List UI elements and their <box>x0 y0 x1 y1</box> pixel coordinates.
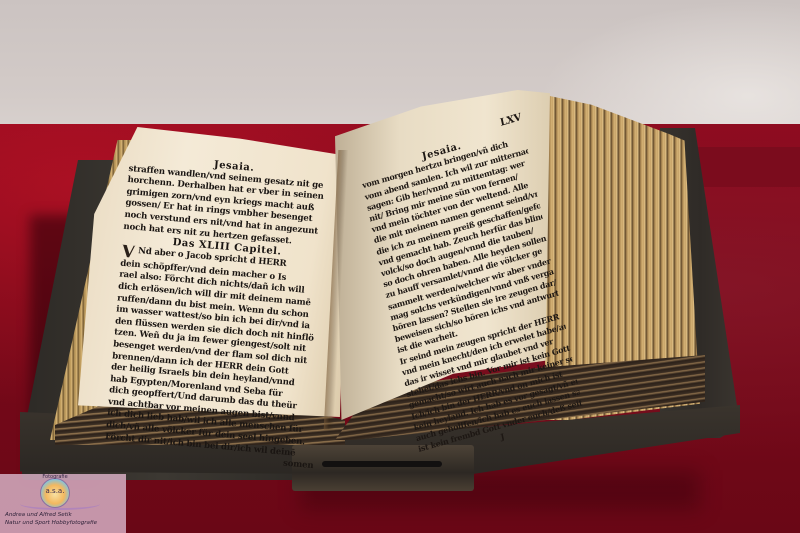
photographer-watermark: Fotografie a.s.a. Andrea und Alfred Seti… <box>0 474 126 533</box>
left-page-text: Jesaia. straffen wandlen/vnd seinem gesa… <box>104 152 340 473</box>
watermark-tagline: Natur und Sport Hobbyfotografie <box>5 520 125 526</box>
photo-scene: Jesaia. straffen wandlen/vnd seinem gesa… <box>0 0 800 533</box>
decorated-initial: V <box>121 244 136 259</box>
watermark-logo-text: a.s.a. <box>40 487 70 495</box>
velvet-back-fold <box>690 147 800 187</box>
watermark-names: Andrea und Alfred Setik <box>5 512 125 518</box>
watermark-logo-top-text: Fotografie <box>34 474 76 480</box>
